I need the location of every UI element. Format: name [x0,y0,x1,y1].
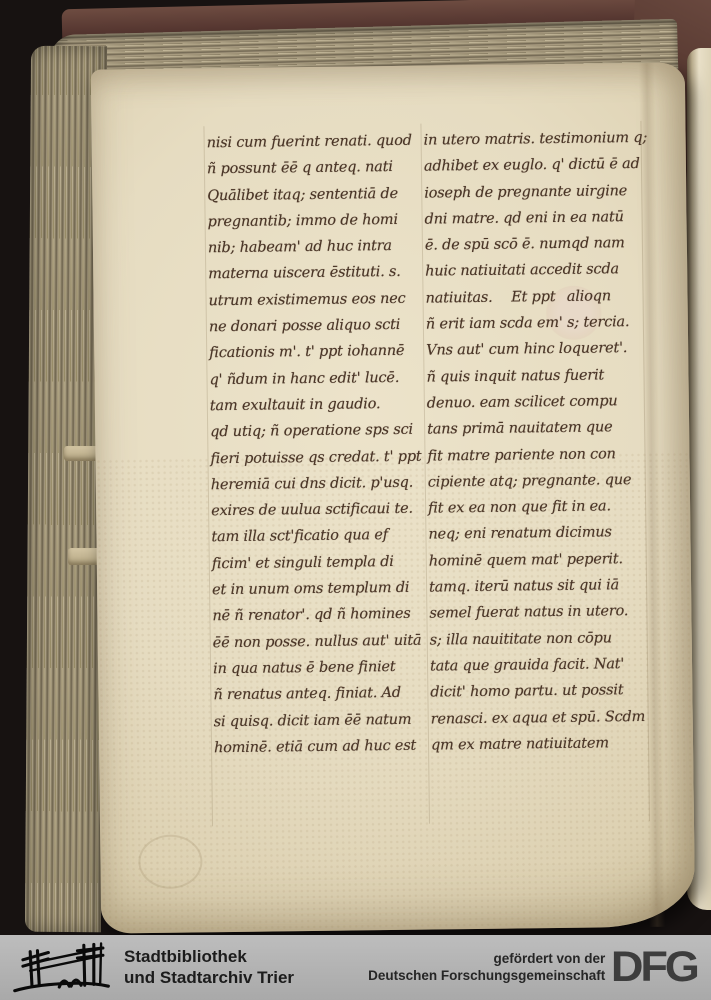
manuscript-line: si quisq. dicit iam ēē natum [214,706,434,735]
manuscript-line: ficim' et singuli templa di [212,548,432,577]
manuscript-line: tans primā nauitatem que [427,414,647,443]
manuscript-photo: nisi cum fuerint renati. quodñ possunt ē… [0,0,711,935]
text-column-right: in utero matris. testimonium q;adhibet e… [423,125,651,759]
manuscript-line: qm ex matre natiuitatem [431,730,651,759]
manuscript-line: heremiā cui dns dicit. p'usq. [211,469,431,498]
manuscript-line: cipiente atq; pregnante. que [428,467,648,496]
manuscript-line: ñ erit iam scda em' s; tercia. [426,309,646,338]
manuscript-line: ioseph de pregnante uirgine [424,178,644,207]
manuscript-line: nib; habeam' ad huc intra [208,233,428,262]
manuscript-line: Quālibet itaq; sententiā de [207,180,427,209]
manuscript-line: tamq. iterū natus sit qui iā [429,572,649,601]
manuscript-line: ficationis m'. t' ppt iohannē [209,338,429,367]
manuscript-line: natiuitas. Et ppt alioqn [425,283,645,312]
manuscript-line: ē. de spū scō ē. numqd nam [425,230,645,259]
manuscript-line: in qua natus ē bene finiet [213,653,433,682]
manuscript-line: et in unum oms templum di [212,575,432,604]
manuscript-line: ñ renatus anteq. finiat. Ad [213,680,433,709]
manuscript-line: semel fuerat natus in utero. [429,598,649,627]
manuscript-page: nisi cum fuerint renati. quodñ possunt ē… [91,62,696,933]
footer-banner: Stadtbibliothek und Stadtarchiv Trier ge… [0,935,711,1000]
manuscript-line: hominē quem mat' peperit. [429,546,649,575]
manuscript-line: dicit' homo partu. ut possit [430,677,650,706]
manuscript-line: nē ñ renator'. qd ñ homines [212,601,432,630]
manuscript-line: denuo. eam scilicet compu [427,388,647,417]
text-column-left: nisi cum fuerint renati. quodñ possunt ē… [206,128,434,762]
manuscript-line: ñ quis inquit natus fuerit [426,362,646,391]
funding-line1: gefördert von der [368,951,605,968]
manuscript-line: exires de uulua sctificaui te. [211,496,431,525]
manuscript-line: tata que grauida facit. Nat' [430,651,650,680]
trier-bridge-logo-icon [12,939,112,997]
manuscript-line: q' ñdum in hanc edit' lucē. [209,364,429,393]
manuscript-line: dni matre. qd eni in ea natū [424,204,644,233]
manuscript-line: renasci. ex aqua et spū. Scdm [431,703,651,732]
dfg-logo: DFG [611,946,697,989]
manuscript-line: ñ possunt ēē q anteq. nati [207,154,427,183]
manuscript-line: materna uiscera ēstituti. s. [208,259,428,288]
manuscript-line: huic natiuitati accedit scda [425,256,645,285]
manuscript-line: pregnantib; immo de homi [207,206,427,235]
funding-branding: gefördert von der Deutschen Forschungsge… [368,946,711,989]
manuscript-line: neq; eni renatum dicimus [428,519,648,548]
library-name-line2: und Stadtarchiv Trier [124,968,294,988]
manuscript-line: ne donari posse aliquo scti [209,312,429,341]
manuscript-line: ēē non posse. nullus aut' uitā [213,627,433,656]
funding-statement: gefördert von der Deutschen Forschungsge… [368,951,605,985]
manuscript-line: fit matre pariente non con [427,440,647,469]
manuscript-line: utrum existimemus eos nec [208,285,428,314]
manuscript-line: adhibet ex euglo. q' dictū ē ad [424,151,644,180]
manuscript-line: tam exultauit in gaudio. [210,391,430,420]
funding-line2: Deutschen Forschungsgemeinschaft [368,968,605,985]
faint-ring-mark [138,834,203,889]
manuscript-line: qd utiq; ñ operatione sps sci [210,417,430,446]
library-branding: Stadtbibliothek und Stadtarchiv Trier [0,939,294,997]
library-name-line1: Stadtbibliothek [124,947,294,967]
manuscript-line: in utero matris. testimonium q; [423,125,643,154]
manuscript-line: nisi cum fuerint renati. quod [206,128,426,157]
manuscript-line: tam illa sct'ficatio qua ef [211,522,431,551]
manuscript-line: fieri potuisse qs credat. t' ppt [210,443,430,472]
manuscript-line: s; illa nauititate non cōpu [430,625,650,654]
manuscript-line: Vns aut' cum hinc loqueret'. [426,335,646,364]
manuscript-line: hominē. etiā cum ad huc est [214,732,434,761]
manuscript-line: fit ex ea non que fit in ea. [428,493,648,522]
page-marker-tab [68,548,100,565]
library-name: Stadtbibliothek und Stadtarchiv Trier [124,947,294,988]
